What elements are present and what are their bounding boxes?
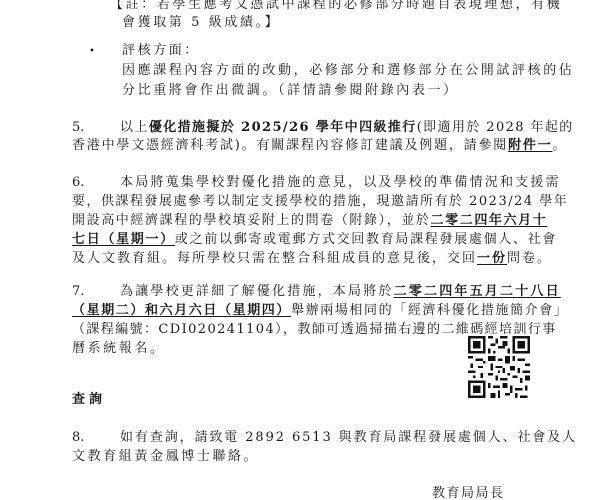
para5-text: (即適用於 2028 年起的 bbox=[417, 120, 574, 135]
one-copy-emphasis: 一份 bbox=[477, 251, 507, 266]
annex-one-link[interactable]: 附件一 bbox=[508, 138, 552, 153]
para6-text: 問卷。 bbox=[507, 251, 552, 266]
para7-line-4: 曆系統報名。 bbox=[72, 341, 166, 357]
briefing-date-2: （星期二）和六月六日（星期四） bbox=[72, 303, 291, 318]
para5-text: 。 bbox=[552, 138, 567, 153]
para6-text: 及人文教育組。每所學校只需在整合科組成員的意見後，交回 bbox=[72, 251, 477, 266]
para6-line-5: 及人文教育組。每所學校只需在整合科組成員的意見後，交回一份問卷。 bbox=[72, 251, 552, 267]
para6-line-4: 七日（星期一）或之前以郵寄或電郵方式交回教育局課程發展處個人、社會 bbox=[72, 232, 557, 248]
para6-text: 或之前以郵寄或電郵方式交回教育局課程發展處個人、社會 bbox=[175, 232, 557, 247]
para6-number: 6. bbox=[72, 175, 84, 191]
para5-number: 5. bbox=[72, 120, 84, 136]
briefing-date-1: 二零二四年五月二十八日 bbox=[394, 284, 561, 299]
note-line-1: 【註：若學生應考文憑試中課程的必修部分時題目表現理想，有機 bbox=[110, 0, 562, 13]
assessment-line-1: 因應課程內容方面的改動，必修部分和選修部分在公開試評核的佔 bbox=[122, 63, 574, 79]
para5-line-1: 以上優化措施擬於 2025/26 學年中四級推行(即適用於 2028 年起的 bbox=[120, 120, 574, 136]
note-line-2: 會獲取第 5 級成績。】 bbox=[122, 15, 280, 31]
para5-highlight: 優化措施擬於 2025/26 學年中四級推行 bbox=[149, 120, 417, 135]
para7-line-1: 為讓學校更詳細了解優化措施，本局將於二零二四年五月二十八日 bbox=[120, 284, 561, 300]
para8-number: 8. bbox=[72, 430, 84, 446]
para6-line-3: 開設高中經濟課程的學校填妥附上的問卷（附錄），並於二零二四年六月十 bbox=[72, 213, 547, 229]
para6-line-1: 本局將蒐集學校對優化措施的意見，以及學校的準備情況和支援需 bbox=[120, 175, 561, 191]
para7-number: 7. bbox=[72, 284, 84, 300]
bullet-icon: • bbox=[89, 44, 95, 60]
assessment-title: 評核方面： bbox=[122, 43, 200, 59]
para7-line-2: （星期二）和六月六日（星期四）舉辦兩場相同的「經濟科優化措施簡介會」 bbox=[72, 303, 568, 319]
para6-line-2: 要，供課程發展處參考以制定支援學校的措施，現邀請所有於 2023/24 學年 bbox=[72, 194, 568, 210]
para7-text: 舉辦兩場相同的「經濟科優化措施簡介會」 bbox=[291, 303, 568, 318]
para5-text: 以上 bbox=[120, 120, 149, 135]
deadline-weekday: 七日（星期一） bbox=[72, 232, 175, 247]
para6-text: 開設高中經濟課程的學校填妥附上的問卷（附錄），並於 bbox=[72, 213, 431, 228]
para5-text: 香港中學文憑經濟科考試)。有關課程內容修訂建議及例題，請參閱 bbox=[72, 138, 508, 153]
deadline-date: 二零二四年六月十 bbox=[431, 213, 548, 228]
para5-line-2: 香港中學文憑經濟科考試)。有關課程內容修訂建議及例題，請參閱附件一。 bbox=[72, 138, 567, 154]
para8-line-1: 如有查詢，請致電 2892 6513 與教育局課程發展處個人、社會及人 bbox=[120, 430, 577, 446]
signature-title: 教育局局長 bbox=[432, 486, 505, 500]
qr-code-icon[interactable] bbox=[468, 336, 530, 398]
enquiry-heading: 查詢 bbox=[72, 388, 106, 407]
assessment-line-2: 分比重將會作出微調。（詳情請參閱附錄內表一） bbox=[122, 83, 459, 99]
para7-text: 為讓學校更詳細了解優化措施，本局將於 bbox=[120, 284, 394, 299]
para8-line-2: 文教育組黃金鳳博士聯絡。 bbox=[72, 449, 259, 465]
